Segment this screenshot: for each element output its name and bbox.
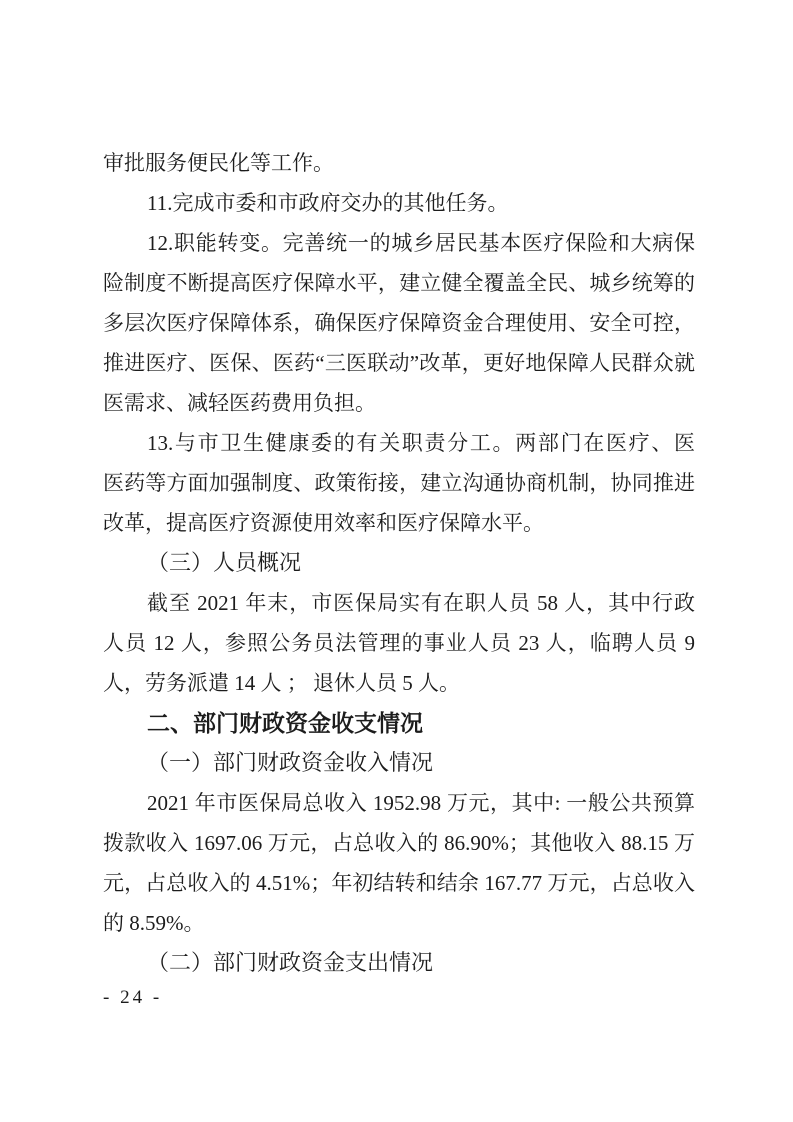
text-line: 12.职能转变。完善统一的城乡居民基本医疗保险和大病保 — [103, 223, 695, 263]
text-line: 人员 12 人，参照公务员法管理的事业人员 23 人，临聘人员 9 — [103, 623, 695, 663]
text-line: 改革，提高医疗资源使用效率和医疗保障水平。 — [103, 503, 695, 543]
text-line: 多层次医疗保障体系，确保医疗保障资金合理使用、安全可控， — [103, 303, 695, 343]
text-line: 医需求、减轻医药费用负担。 — [103, 383, 695, 423]
section-heading: 二、部门财政资金收支情况 — [103, 703, 695, 743]
text-line: 人，劳务派遣 14 人 ； 退休人员 5 人。 — [103, 663, 695, 703]
text-line: 2021 年市医保局总收入 1952.98 万元，其中: 一般公共预算 — [103, 783, 695, 823]
text-line: 的 8.59%。 — [103, 903, 695, 943]
subsection-heading: （二）部门财政资金支出情况 — [103, 943, 695, 983]
document-body: 审批服务便民化等工作。11.完成市委和市政府交办的其他任务。12.职能转变。完善… — [103, 143, 695, 983]
document-page: 审批服务便民化等工作。11.完成市委和市政府交办的其他任务。12.职能转变。完善… — [0, 0, 793, 1122]
text-line: 11.完成市委和市政府交办的其他任务。 — [103, 183, 695, 223]
text-line: 险制度不断提高医疗保障水平，建立健全覆盖全民、城乡统筹的 — [103, 263, 695, 303]
page-number: - 24 - — [103, 984, 162, 1012]
subsection-heading: （一）部门财政资金收入情况 — [103, 743, 695, 783]
text-line: 截至 2021 年末，市医保局实有在职人员 58 人，其中行政 — [103, 583, 695, 623]
text-line: 元，占总收入的 4.51%；年初结转和结余 167.77 万元，占总收入 — [103, 863, 695, 903]
subsection-heading: （三）人员概况 — [103, 543, 695, 583]
text-line: 13.与市卫生健康委的有关职责分工。两部门在医疗、医保、 — [103, 423, 695, 463]
text-line: 拨款收入 1697.06 万元，占总收入的 86.90%；其他收入 88.15 … — [103, 823, 695, 863]
text-line: 审批服务便民化等工作。 — [103, 143, 695, 183]
text-line: 医药等方面加强制度、政策衔接，建立沟通协商机制，协同推进 — [103, 463, 695, 503]
text-line: 推进医疗、医保、医药“三医联动”改革，更好地保障人民群众就 — [103, 343, 695, 383]
